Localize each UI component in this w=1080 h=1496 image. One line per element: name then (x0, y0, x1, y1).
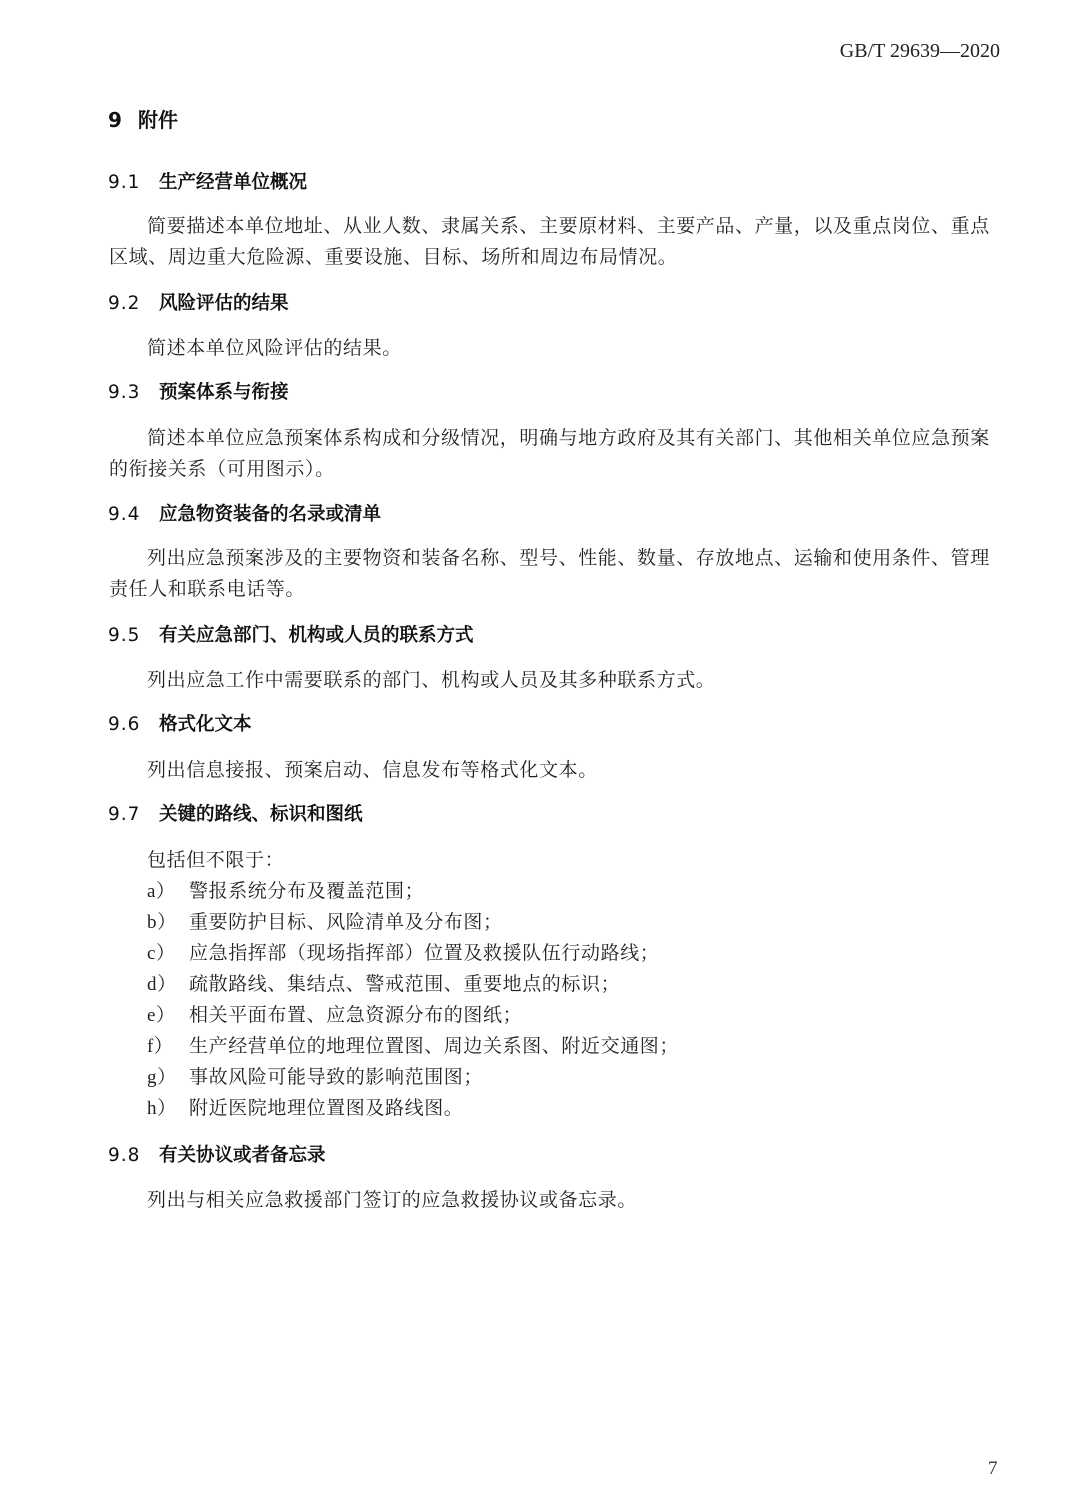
chapter-number: 9 (108, 108, 138, 132)
section-9-6-text-line-1: 列出信息接报、预案启动、信息发布等格式化文本。 (147, 755, 598, 782)
section-9-8-text-line-1: 列出与相关应急救援部门签订的应急救援协议或备忘录。 (147, 1185, 637, 1212)
list-marker: d） (147, 969, 189, 996)
section-title: 预案体系与衔接 (159, 382, 289, 403)
section-heading-9-6: 9.6格式化文本 (108, 710, 252, 736)
list-text: 事故风险可能导致的影响范围图； (189, 1066, 483, 1088)
section-number: 9.3 (108, 382, 159, 403)
list-item-f: f）生产经营单位的地理位置图、周边关系图、附近交通图； (147, 1031, 679, 1058)
list-marker: c） (147, 938, 189, 965)
list-item-c: c）应急指挥部（现场指挥部）位置及救援队伍行动路线； (147, 938, 659, 965)
list-text: 重要防护目标、风险清单及分布图； (189, 911, 503, 933)
list-text: 应急指挥部（现场指挥部）位置及救援队伍行动路线； (189, 942, 659, 964)
list-marker: g） (147, 1062, 189, 1089)
section-heading-9-3: 9.3预案体系与衔接 (108, 378, 289, 404)
list-item-a: a）警报系统分布及覆盖范围； (147, 876, 424, 903)
section-number: 9.8 (108, 1145, 159, 1166)
list-marker: a） (147, 876, 189, 903)
section-9-1-text-line-1: 简要描述本单位地址、从业人数、隶属关系、主要原材料、主要产品、产量，以及重点岗位… (147, 211, 990, 238)
list-marker: h） (147, 1093, 189, 1120)
list-item-b: b）重要防护目标、风险清单及分布图； (147, 907, 503, 934)
section-heading-9-7: 9.7关键的路线、标识和图纸 (108, 800, 363, 826)
section-number: 9.6 (108, 714, 159, 735)
chapter-title: 附件 (138, 108, 178, 132)
section-9-7-text-line-1: 包括但不限于： (147, 845, 284, 872)
section-heading-9-8: 9.8有关协议或者备忘录 (108, 1141, 326, 1167)
list-marker: b） (147, 907, 189, 934)
section-9-2-text-line-1: 简述本单位风险评估的结果。 (147, 333, 402, 360)
list-item-e: e）相关平面布置、应急资源分布的图纸； (147, 1000, 522, 1027)
page-header: GB/T 29639—2020 (840, 40, 1000, 63)
section-heading-9-4: 9.4应急物资装备的名录或清单 (108, 500, 381, 526)
section-title: 生产经营单位概况 (159, 172, 307, 193)
list-text: 生产经营单位的地理位置图、周边关系图、附近交通图； (189, 1035, 679, 1057)
section-9-3-text-line-1: 简述本单位应急预案体系构成和分级情况，明确与地方政府及其有关部门、其他相关单位应… (147, 423, 990, 450)
page-number: 7 (988, 1458, 998, 1480)
list-item-h: h）附近医院地理位置图及路线图。 (147, 1093, 463, 1120)
section-heading-9-2: 9.2风险评估的结果 (108, 289, 289, 315)
list-text: 相关平面布置、应急资源分布的图纸； (189, 1004, 522, 1026)
section-heading-9-1: 9.1生产经营单位概况 (108, 168, 307, 194)
section-title: 关键的路线、标识和图纸 (159, 804, 363, 825)
list-item-d: d）疏散路线、集结点、警戒范围、重要地点的标识； (147, 969, 620, 996)
section-title: 有关应急部门、机构或人员的联系方式 (159, 625, 474, 646)
section-number: 9.1 (108, 172, 159, 193)
section-9-5-text-line-1: 列出应急工作中需要联系的部门、机构或人员及其多种联系方式。 (147, 665, 715, 692)
section-title: 应急物资装备的名录或清单 (159, 504, 381, 525)
section-9-3-text-line-2: 的衔接关系（可用图示）。 (109, 454, 335, 481)
list-marker: f） (147, 1031, 189, 1058)
section-number: 9.2 (108, 293, 159, 314)
section-heading-9-5: 9.5有关应急部门、机构或人员的联系方式 (108, 621, 474, 647)
section-title: 格式化文本 (159, 714, 252, 735)
section-9-4-text-line-2: 责任人和联系电话等。 (109, 574, 305, 601)
list-marker: e） (147, 1000, 189, 1027)
section-number: 9.7 (108, 804, 159, 825)
list-text: 附近医院地理位置图及路线图。 (189, 1097, 463, 1119)
chapter-heading: 9附件 (108, 104, 178, 133)
section-number: 9.5 (108, 625, 159, 646)
section-9-1-text-line-2: 区域、周边重大危险源、重要设施、目标、场所和周边布局情况。 (109, 242, 677, 269)
list-text: 警报系统分布及覆盖范围； (189, 880, 424, 902)
section-9-4-text-line-1: 列出应急预案涉及的主要物资和装备名称、型号、性能、数量、存放地点、运输和使用条件… (147, 543, 990, 570)
section-number: 9.4 (108, 504, 159, 525)
list-item-g: g）事故风险可能导致的影响范围图； (147, 1062, 483, 1089)
section-title: 有关协议或者备忘录 (159, 1145, 326, 1166)
list-text: 疏散路线、集结点、警戒范围、重要地点的标识； (189, 973, 620, 995)
section-title: 风险评估的结果 (159, 293, 289, 314)
